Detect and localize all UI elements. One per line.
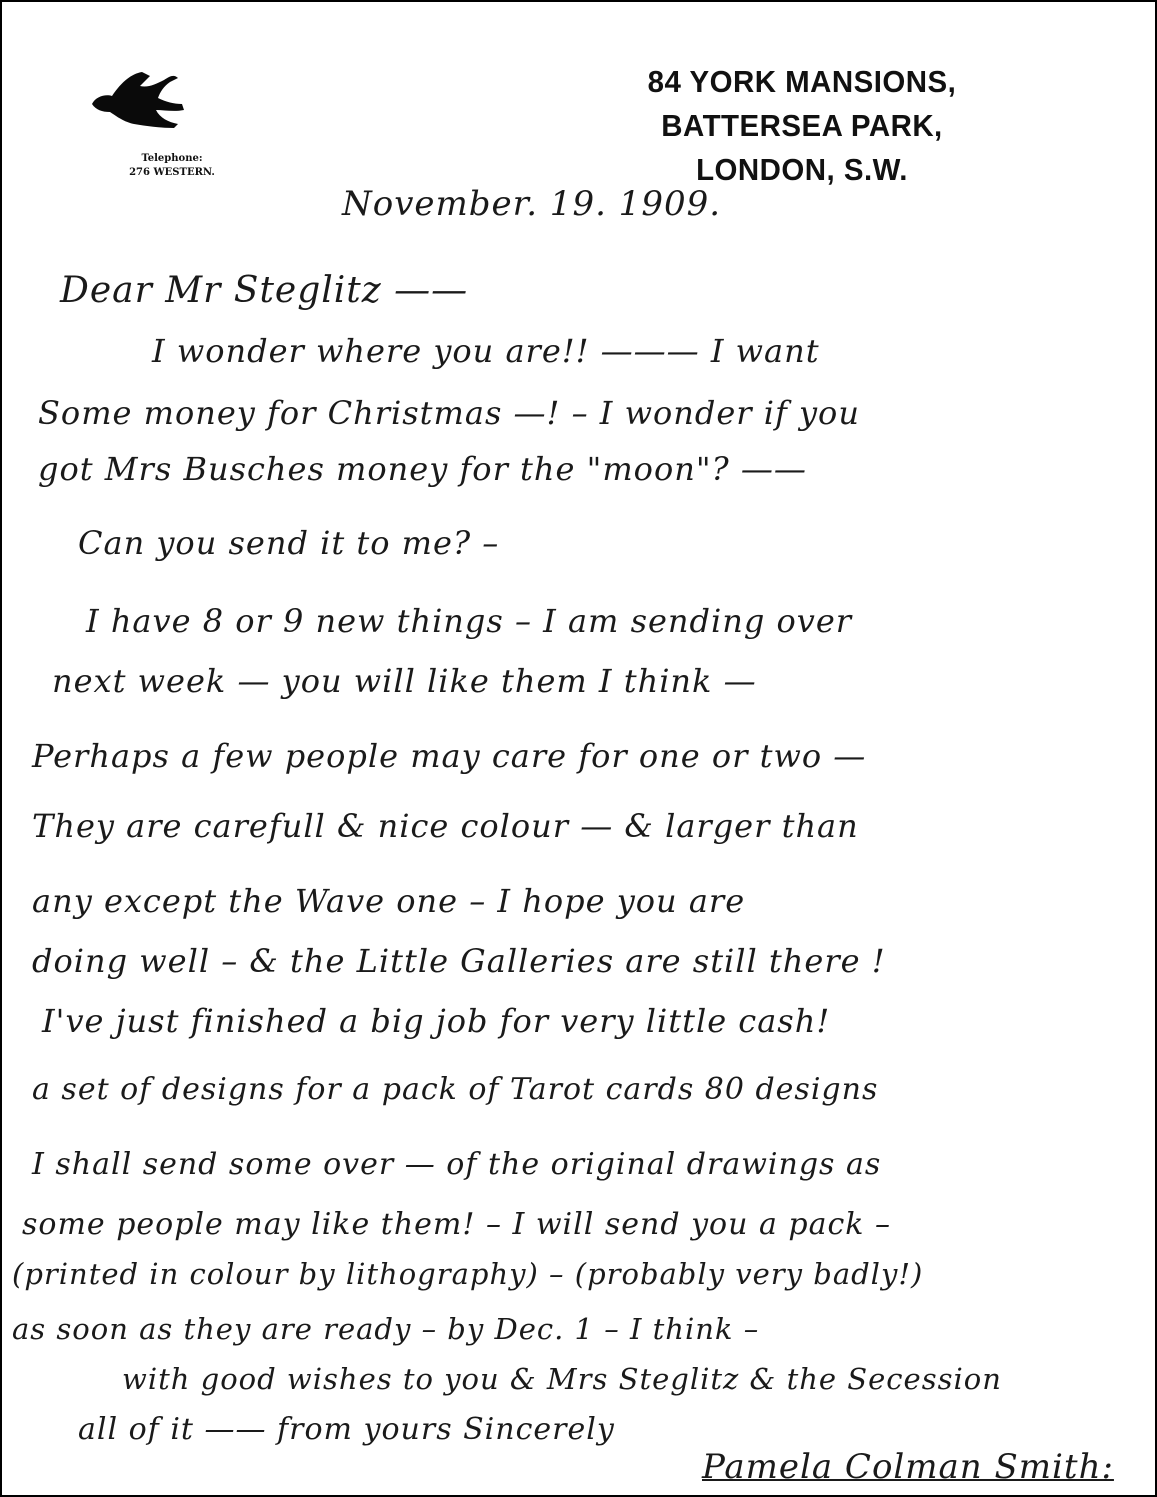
telephone-number: 276 WESTERN. <box>102 166 242 180</box>
letter-line-2: Some money for Christmas —! – I wonder i… <box>38 394 860 432</box>
letter-line-10: doing well – & the Little Galleries are … <box>32 942 886 980</box>
address-line-1: 84 YORK MANSIONS, <box>574 60 1030 104</box>
letter-line-1: I wonder where you are!! ——— I want <box>152 332 820 370</box>
letter-line-12: a set of designs for a pack of Tarot car… <box>32 1072 878 1107</box>
telephone-block: Telephone: 276 WESTERN. <box>102 152 242 180</box>
letter-line-7: Perhaps a few people may care for one or… <box>32 737 866 775</box>
address-block: 84 YORK MANSIONS, BATTERSEA PARK, LONDON… <box>574 60 1030 192</box>
letter-line-11: I've just finished a big job for very li… <box>42 1002 830 1040</box>
letter-line-14: some people may like them! – I will send… <box>22 1207 891 1242</box>
letter-line-13: I shall send some over — of the original… <box>32 1147 881 1182</box>
swallow-bird-icon <box>90 64 190 136</box>
salutation: Dear Mr Steglitz —— <box>60 270 468 311</box>
telephone-label: Telephone: <box>102 152 242 166</box>
signature: Pamela Colman Smith: <box>702 1447 1114 1487</box>
letter-line-17: with good wishes to you & Mrs Steglitz &… <box>122 1362 1002 1396</box>
letter-line-9: any except the Wave one – I hope you are <box>32 882 745 920</box>
letter-line-4: Can you send it to me? – <box>78 524 499 562</box>
letter-line-8: They are carefull & nice colour — & larg… <box>32 807 859 845</box>
letter-page: Telephone: 276 WESTERN. 84 YORK MANSIONS… <box>0 0 1157 1497</box>
letter-line-6: next week — you will like them I think — <box>52 662 757 700</box>
letter-line-15: (printed in colour by lithography) – (pr… <box>12 1257 923 1291</box>
address-line-2: BATTERSEA PARK, <box>574 104 1030 148</box>
letter-line-16: as soon as they are ready – by Dec. 1 – … <box>12 1312 759 1346</box>
letter-line-3: got Mrs Busches money for the "moon"? —— <box>38 450 807 488</box>
letter-line-5: I have 8 or 9 new things – I am sending … <box>86 602 852 640</box>
letter-line-18: all of it —— from yours Sincerely <box>78 1412 615 1447</box>
letter-date: November. 19. 1909. <box>342 184 721 224</box>
